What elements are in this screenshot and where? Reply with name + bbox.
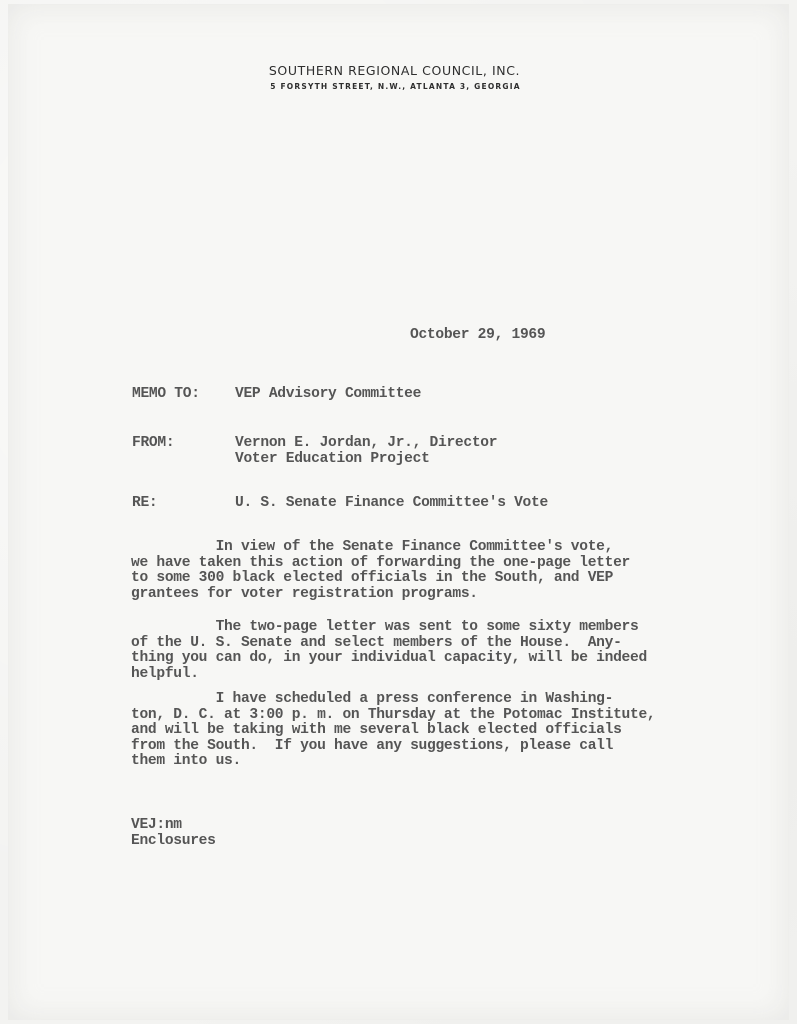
body-paragraph-3: I have scheduled a press conference in W… <box>131 692 655 770</box>
memo-to-label: MEMO TO: <box>132 387 200 403</box>
body-paragraph-2: The two-page letter was sent to some six… <box>131 620 647 682</box>
re-label: RE: <box>132 496 157 512</box>
letterhead-organization: SOUTHERN REGIONAL COUNCIL, INC. <box>0 63 793 78</box>
enclosures-note: Enclosures <box>131 833 216 849</box>
memo-date: October 29, 1969 <box>410 328 545 344</box>
from-name: Vernon E. Jordan, Jr., Director <box>235 435 497 451</box>
letterhead-address: 5 FORSYTH STREET, N.W., ATLANTA 3, GEORG… <box>0 82 794 91</box>
from-value: Vernon E. Jordan, Jr., Director Voter Ed… <box>235 436 497 467</box>
from-label: FROM: <box>132 436 174 452</box>
paper-page <box>8 4 789 1020</box>
typist-initials: VEJ:nm <box>131 817 182 833</box>
re-value: U. S. Senate Finance Committee's Vote <box>235 496 548 512</box>
from-organization: Voter Education Project <box>235 451 430 467</box>
memo-to-value: VEP Advisory Committee <box>235 387 421 403</box>
body-paragraph-1: In view of the Senate Finance Committee'… <box>131 540 630 602</box>
closing-block: VEJ:nm Enclosures <box>131 818 216 849</box>
